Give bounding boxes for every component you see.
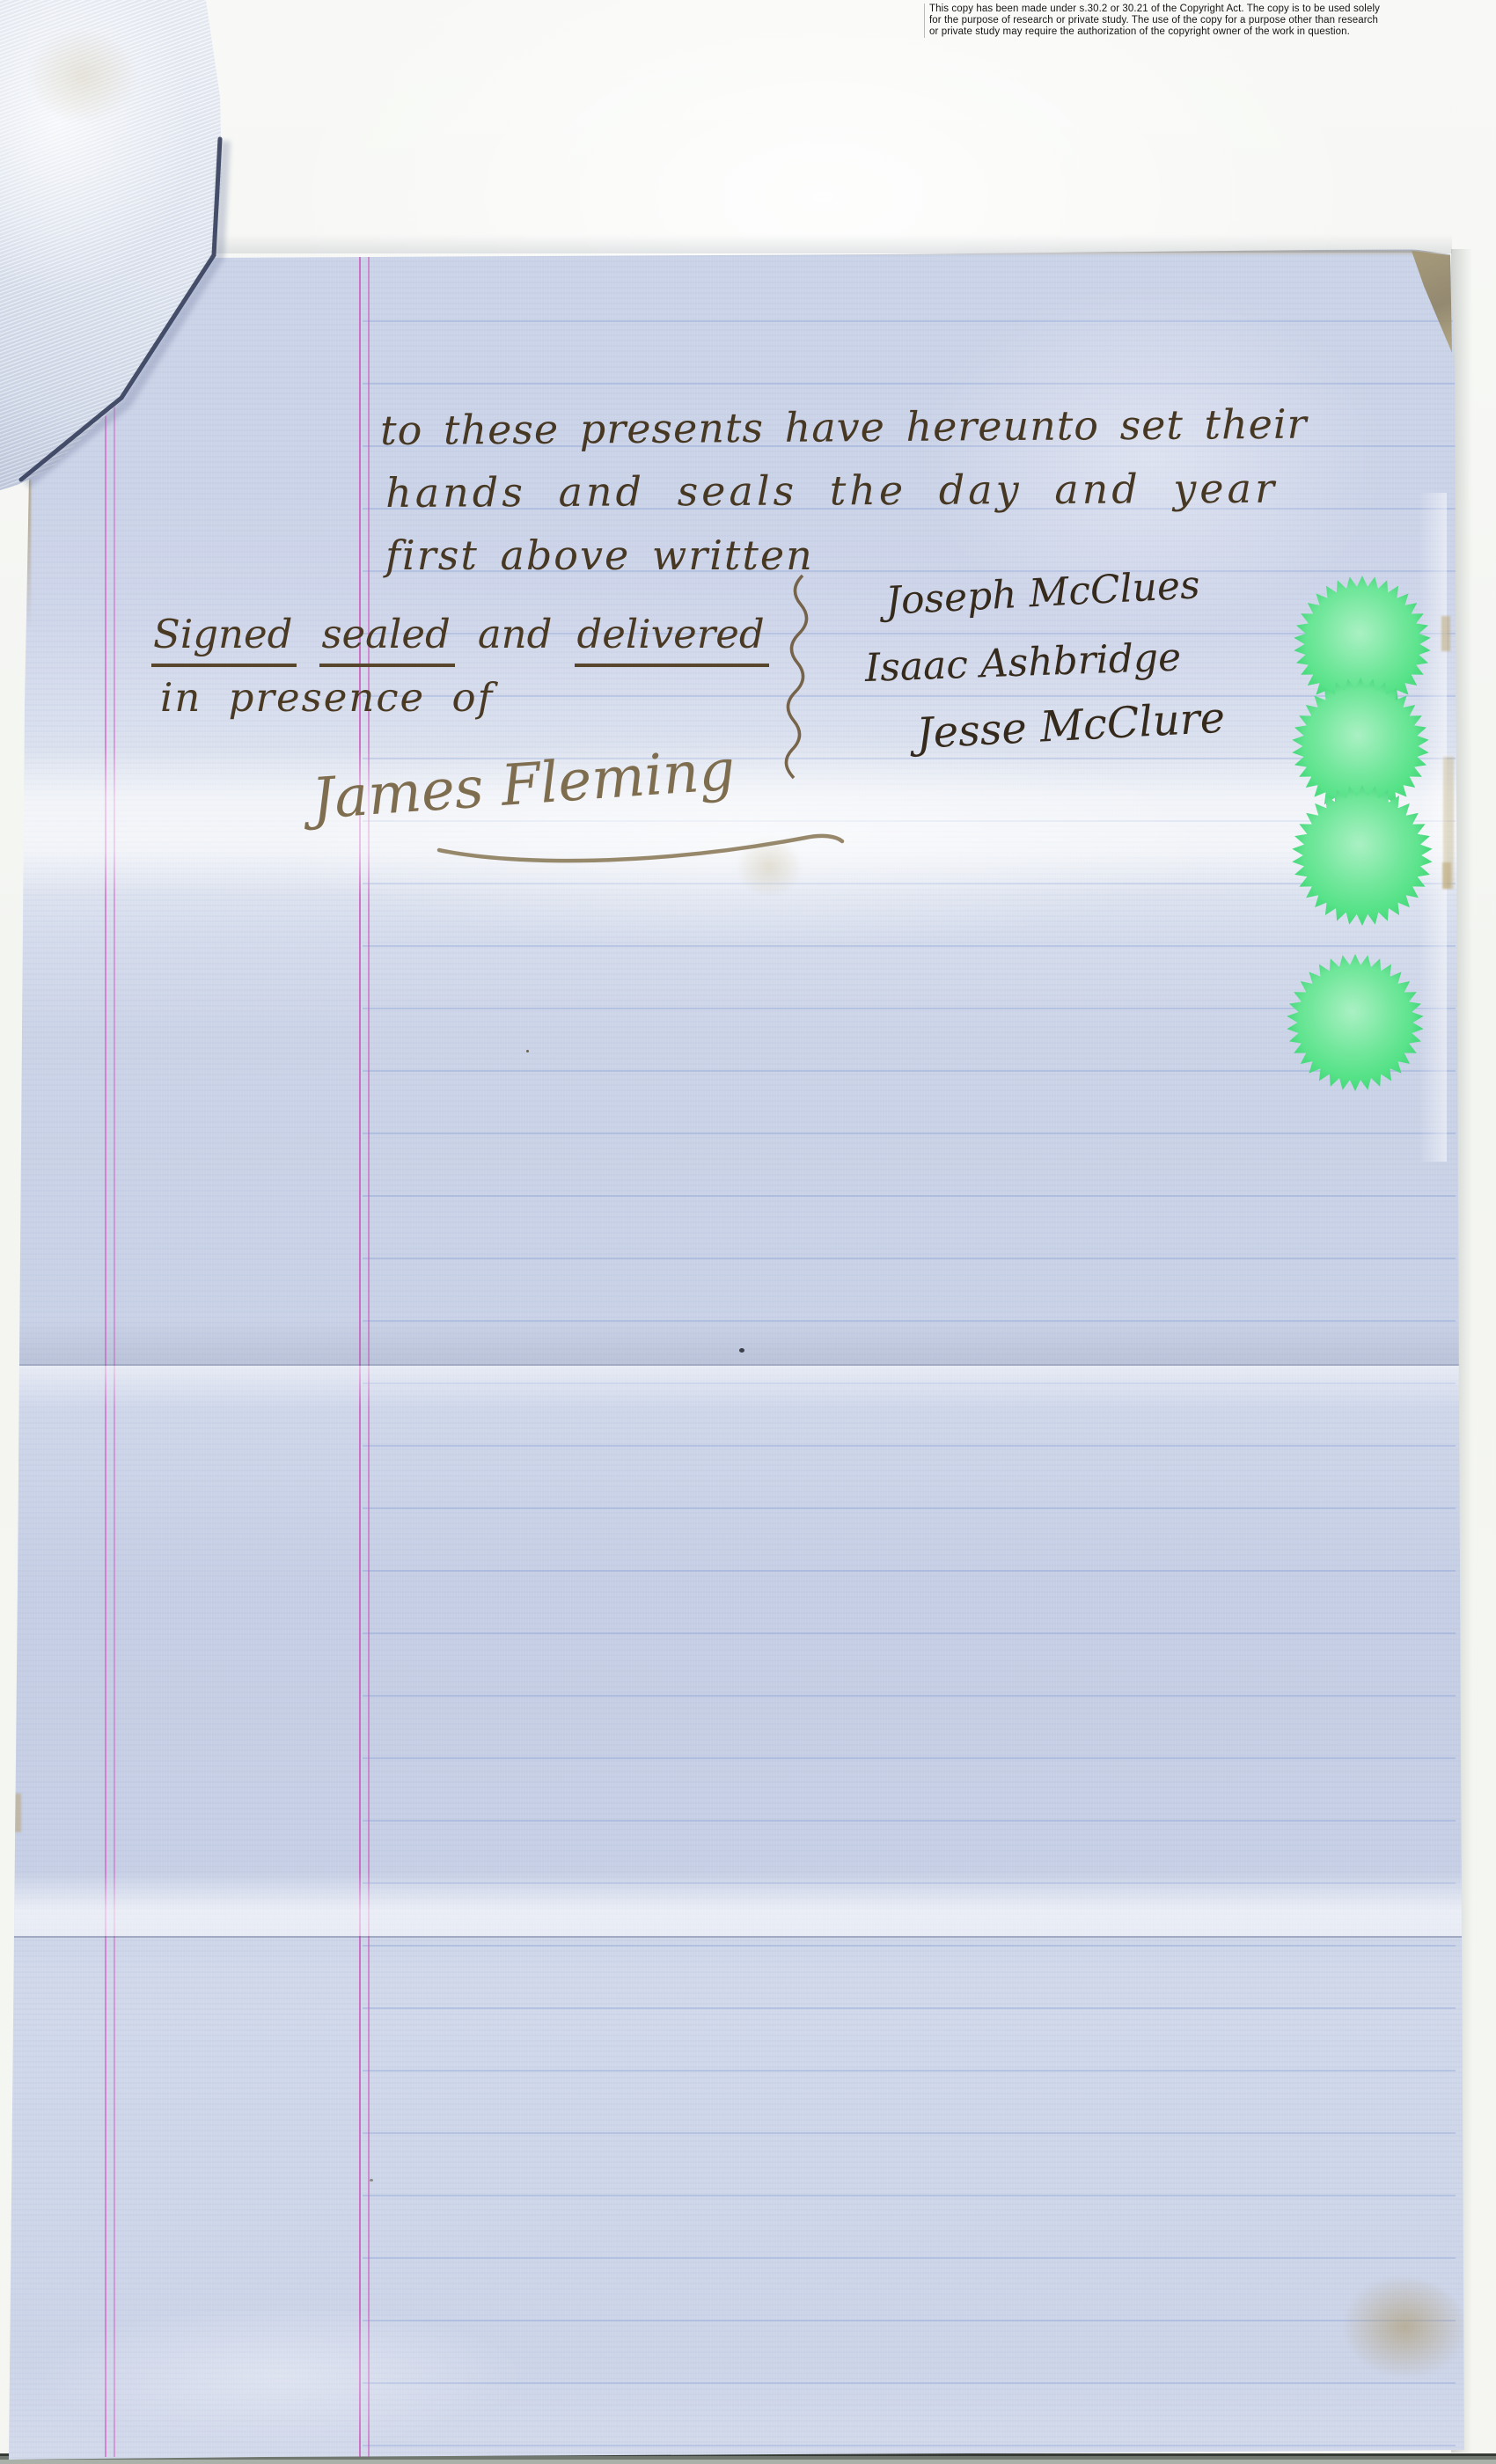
copyright-line-3: or private study may require the authori… [929,26,1448,38]
signature-party-2: Isaac Ashbridge [864,634,1182,691]
fold-crease-2-line [0,1364,1496,1366]
edge-stain [2,1276,18,1465]
edge-stain [7,993,21,1035]
signature-party-1: Joseph McClues [884,562,1201,624]
wax-seal-4 [1287,954,1424,1091]
corner-stain [1406,249,1454,356]
signature-witness: James Fleming [310,737,737,832]
fold-crease-3-highlight [0,1873,1496,1936]
scan-glare [35,2306,528,2446]
copyright-notice: This copy has been made under s.30.2 or … [924,4,1448,38]
attestation-word-sealed: sealed [319,611,454,667]
copyright-line-1: This copy has been made under s.30.2 or … [929,4,1448,15]
fold-crease-band-1 [0,746,1496,896]
body-line-2: hands and seals the day and year [385,465,1278,517]
attestation-word-and: and [478,611,553,657]
fold-crease-3-line [0,1936,1496,1938]
page-top-edge-tint [616,250,1452,254]
attestation-word-delivered: delivered [575,611,768,667]
edge-stain [5,1793,21,1832]
margin-line-inner [359,254,370,2457]
attestation-word-signed: Signed [151,611,297,667]
ink-brace [778,574,822,781]
body-line-1: to these presents have hereunto set thei… [380,400,1308,454]
stain [1345,2277,1466,2376]
edge-stain [1443,757,1454,889]
speck [526,1050,529,1052]
fold-edge-shadow [0,0,264,528]
fold-crease-2-highlight [0,1366,1496,1408]
speck [370,2179,373,2182]
scanned-document-image: { "scan": { "copyright_notice": { "lines… [0,0,1496,2464]
signature-flourish [436,829,858,869]
edge-stain [1442,862,1451,889]
page-edge-highlight [1419,493,1447,1162]
wax-seal-3 [1292,785,1433,926]
attestation-line-2: in presence of [160,674,494,721]
attestation-line-1: Signedsealedanddelivered [151,611,792,657]
edge-stain [1441,616,1450,651]
speck [739,1348,744,1353]
body-line-3: first above written [385,532,814,579]
margin-line-left [105,254,115,2457]
fold-crease-2-shadow [0,1318,1496,1364]
copyright-line-2: for the purpose of research or private s… [929,15,1448,26]
signature-party-3: Jesse McClure [915,693,1226,759]
